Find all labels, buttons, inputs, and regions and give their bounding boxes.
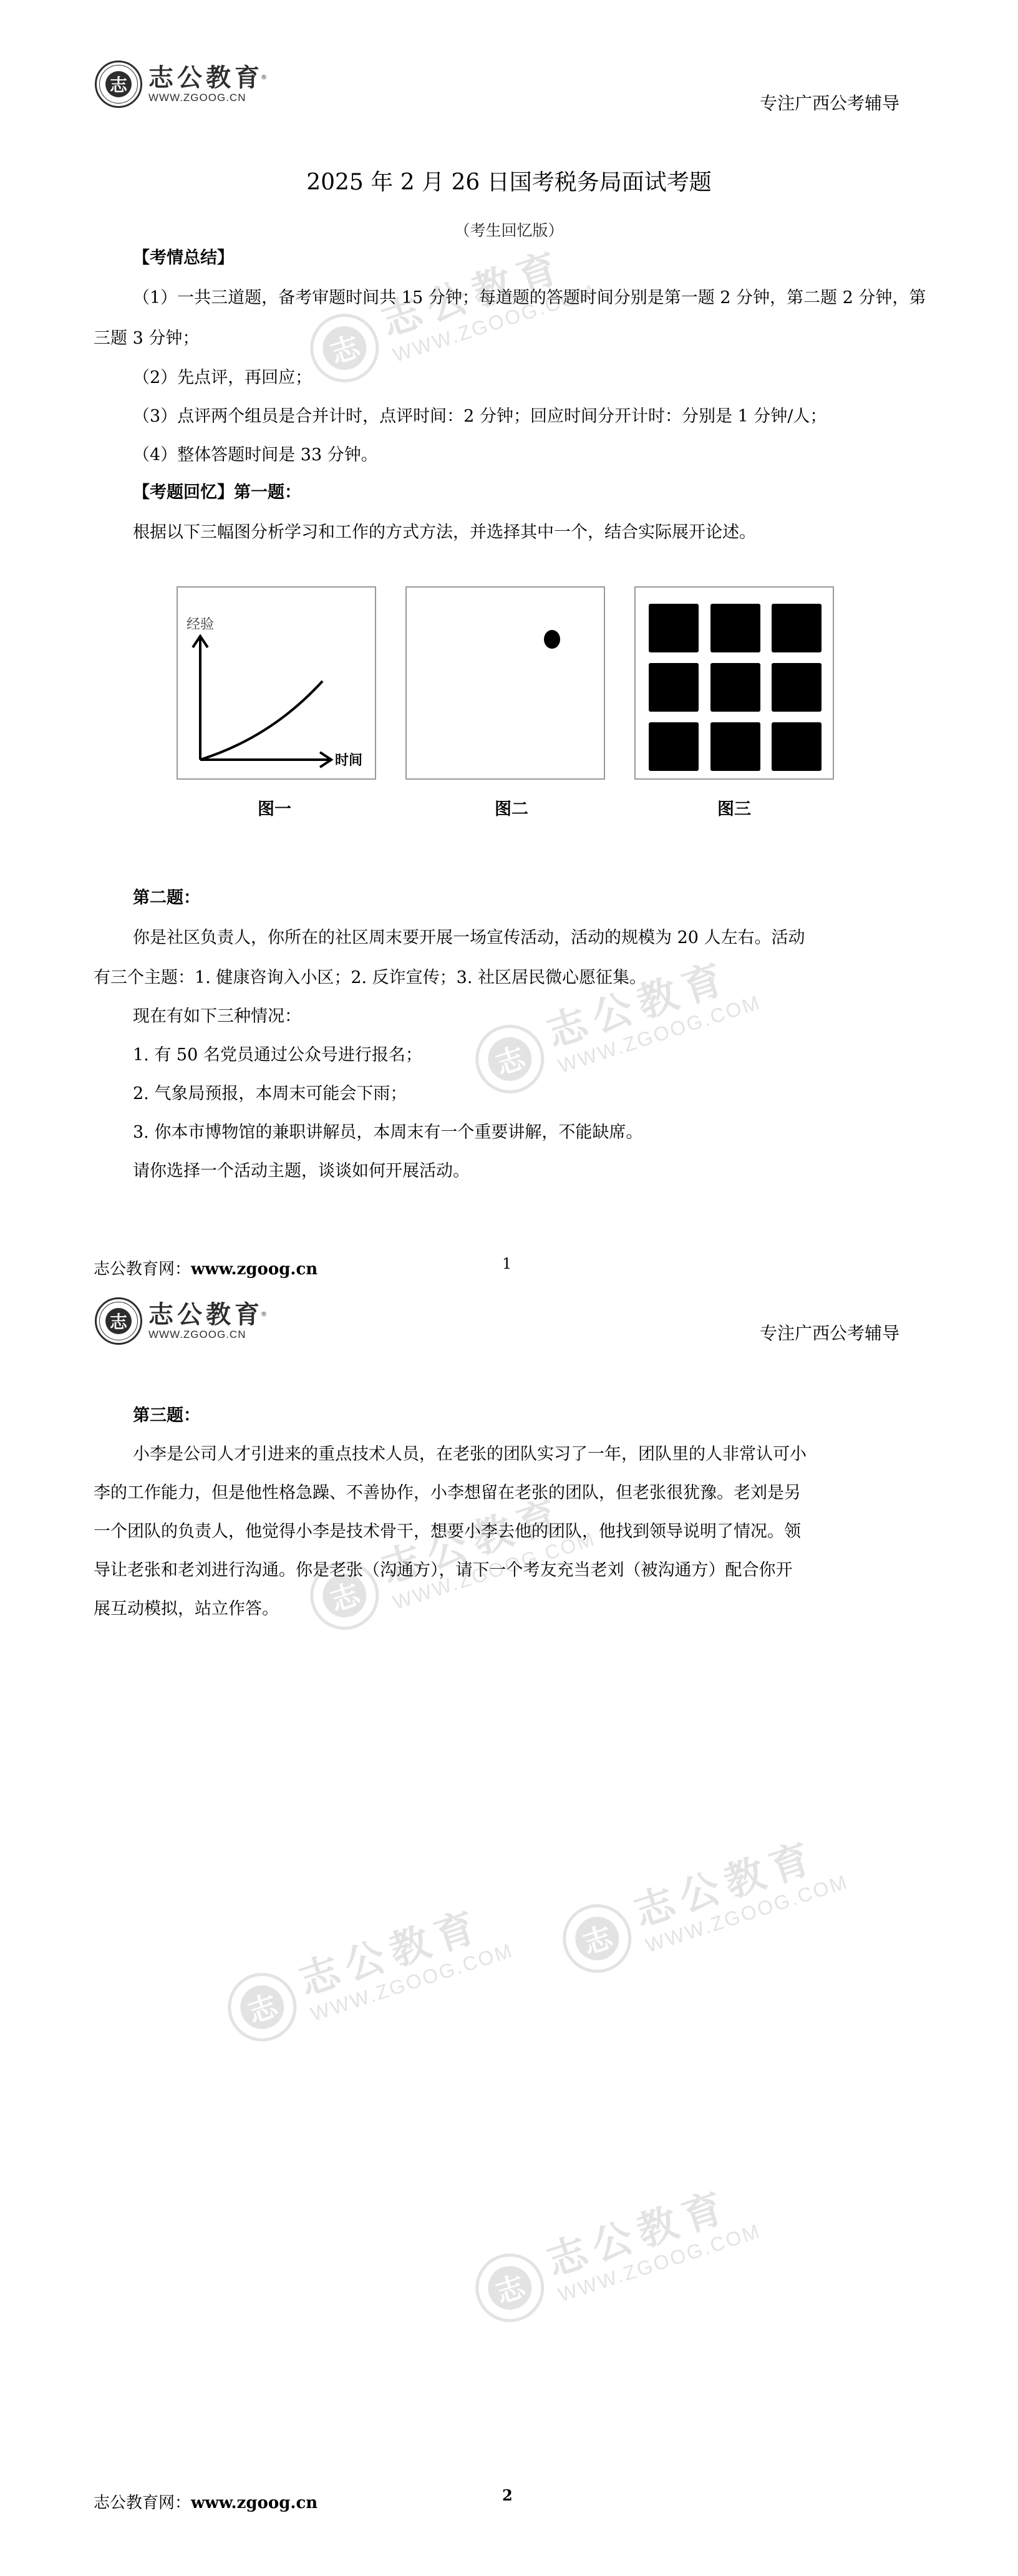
footer-site: 志公教育网：www.zgoog.cn <box>94 2490 318 2513</box>
figure-3-label: 图三 <box>697 795 772 820</box>
question-3-line: 小李是公司人才引进来的重点技术人员，在老张的团队实习了一年，团队里的人非常认可小 <box>133 1443 807 1466</box>
brand-seal-icon: 志 <box>95 1297 142 1345</box>
summary-item: 三题 3 分钟； <box>94 327 199 350</box>
summary-item: （1）一共三道题，备考审题时间共 15 分钟；每道题的答题时间分别是第一题 2 … <box>133 287 926 309</box>
watermark: 志 志公教育WWW.ZGOOG.COM <box>301 236 599 391</box>
question-3-line: 一个团队的负责人，他觉得小李是技术骨干，想要小李去他的团队，他找到领导说明了情况… <box>94 1521 801 1543</box>
brand-name: 志公教育® <box>148 64 271 92</box>
question-2-line: 你是社区负责人，你所在的社区周末要开展一场宣传活动，活动的规模为 20 人左右。… <box>133 927 805 949</box>
watermark: 志 志公教育WWW.ZGOOG.COM <box>554 1827 851 1982</box>
question-2-line: 有三个主题：1. 健康咨询入小区；2. 反诈宣传；3. 社区居民微心愿征集。 <box>94 967 646 989</box>
header-tagline: 专注广西公考辅导 <box>760 1320 899 1345</box>
page-subtitle: （考生回忆版） <box>0 218 1018 241</box>
footer-site: 志公教育网：www.zgoog.cn <box>94 1256 318 1279</box>
question-1-text: 根据以下三幅图分析学习和工作的方式方法，并选择其中一个，结合实际展开论述。 <box>133 521 756 544</box>
brand-url: WWW.ZGOOG.CN <box>148 92 271 104</box>
figure-1: 经验 时间 <box>177 586 376 780</box>
question-2-line: 现在有如下三种情况： <box>133 1005 301 1028</box>
figure-2-label: 图二 <box>474 795 549 820</box>
page-number: 2 <box>502 2486 513 2504</box>
page-1: 志 志公教育WWW.ZGOOG.COM 志 志公教育WWW.ZGOOG.COM … <box>0 0 1018 1285</box>
grid-square <box>649 604 699 652</box>
grid-square <box>710 722 760 771</box>
question-2-heading: 第二题： <box>133 887 200 909</box>
summary-heading: 【考情总结】 <box>133 247 234 269</box>
grid-square <box>772 722 822 771</box>
page-title: 2025 年 2 月 26 日国考税务局面试考题 <box>0 165 1018 196</box>
grid-square <box>649 663 699 712</box>
y-axis-label: 经验 <box>187 614 214 633</box>
figure-3 <box>634 586 834 780</box>
brand-url: WWW.ZGOOG.CN <box>148 1329 271 1341</box>
watermark-seal-icon: 志 <box>467 1016 553 1103</box>
grid-square <box>772 663 822 712</box>
grid-square <box>710 604 760 652</box>
summary-item: （4）整体答题时间是 33 分钟。 <box>133 444 378 467</box>
footer-url-link[interactable]: www.zgoog.cn <box>191 1260 318 1279</box>
page-number: 1 <box>502 1255 511 1272</box>
footer-url-link[interactable]: www.zgoog.cn <box>191 2494 318 2512</box>
header-tagline: 专注广西公考辅导 <box>760 90 899 115</box>
question-2-line: 请你选择一个活动主题，谈谈如何开展活动。 <box>133 1160 470 1183</box>
page-2: 志 志公教育WWW.ZGOOG.COM 志 志公教育WWW.ZGOOG.COM … <box>0 1285 1018 2576</box>
summary-item: （3）点评两个组员是合并计时，点评时间：2 分钟；回应时间分开计时：分别是 1 … <box>133 405 827 428</box>
question-3-line: 导让老张和老刘进行沟通。你是老张（沟通方），请下一个考友充当老刘（被沟通方）配合… <box>94 1559 793 1582</box>
watermark-seal-icon: 志 <box>467 2245 553 2331</box>
dot-icon <box>544 630 560 649</box>
question-2-line: 1. 有 50 名党员通过公众号进行报名； <box>133 1044 422 1067</box>
question-3-heading: 第三题： <box>133 1405 200 1427</box>
watermark-seal-icon: 志 <box>219 1964 306 2051</box>
question-2-line: 2. 气象局预报，本周末可能会下雨； <box>133 1083 407 1105</box>
question-2-line: 3. 你本市博物馆的兼职讲解员，本周末有一个重要讲解，不能缺席。 <box>133 1121 642 1144</box>
grid-square <box>710 663 760 712</box>
question-1-heading: 【考题回忆】第一题： <box>133 482 301 504</box>
watermark: 志 志公教育WWW.ZGOOG.COM <box>219 1896 516 2050</box>
question-3-line: 展互动模拟，站立作答。 <box>94 1598 279 1620</box>
brand-seal-icon: 志 <box>95 61 142 108</box>
brand-logo: 志 志公教育® WWW.ZGOOG.CN <box>95 61 271 108</box>
x-axis-label: 时间 <box>335 750 362 769</box>
summary-item: （2）先点评，再回应； <box>133 367 312 389</box>
grid-square <box>649 722 699 771</box>
watermark-seal-icon: 志 <box>301 305 388 392</box>
figure-1-label: 图一 <box>237 795 312 820</box>
watermark-seal-icon: 志 <box>554 1896 641 1982</box>
figure-2 <box>405 586 605 780</box>
brand-logo: 志 志公教育® WWW.ZGOOG.CN <box>95 1297 271 1345</box>
brand-name: 志公教育® <box>148 1301 271 1329</box>
watermark: 志 志公教育WWW.ZGOOG.COM <box>467 2176 764 2331</box>
question-3-line: 李的工作能力，但是他性格急躁、不善协作，小李想留在老张的团队，但老张很犹豫。老刘… <box>94 1482 801 1504</box>
grid-square <box>772 604 822 652</box>
